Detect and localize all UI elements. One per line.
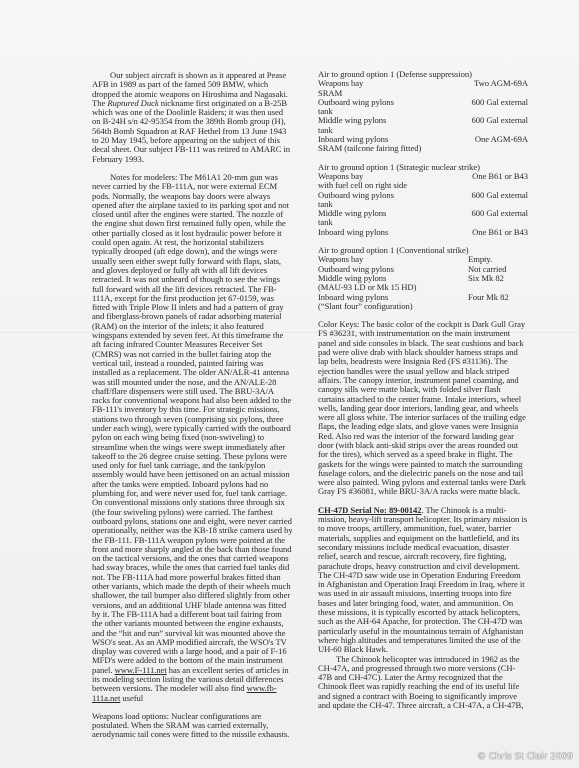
notes-text-end: useful [120, 693, 143, 703]
copyright-watermark: © Chris St Clair 2009 [477, 752, 573, 762]
loadout-row: Middle wing pylons600 Gal external [318, 116, 528, 125]
loadout-row: Outboard wing pylons600 Gal external [318, 191, 528, 200]
notes-for-modelers-paragraph: Notes for modelers: The M61A1 20-mm gun … [92, 173, 293, 703]
right-column: Air to ground option 1 (Defense suppress… [318, 70, 528, 719]
loadout-value: 600 Gal external [472, 116, 528, 125]
loadout-continuation: SRAM (tailcone fairing fitted) [318, 144, 528, 153]
loadout-value: Four Mk 82 [468, 293, 509, 302]
weapons-load-options-paragraph: Weapons load options: Nuclear configurat… [92, 712, 293, 740]
intro-paragraph: Our subject aircraft is shown as it appe… [92, 71, 293, 164]
chinook-history-paragraph: The Chinook helicopter was introduced in… [318, 655, 528, 711]
chinook-paragraph: CH-47D Serial No: 89-00142. The Chinook … [318, 506, 528, 655]
loadout-row: Middle wing pylons600 Gal external [318, 209, 528, 218]
scanned-document-page: Our subject aircraft is shown as it appe… [0, 0, 579, 768]
loadout-value: Six Mk 82 [468, 274, 504, 283]
loadout-value: 600 Gal external [472, 209, 528, 218]
loadout-strategic-nuclear-strike: Air to ground option 1 (Strategic nuclea… [318, 163, 528, 237]
loadout-row: Weapons bayTwo AGM-69A [318, 79, 528, 88]
intro-text-cont: nickname first originated on a B-25B whi… [92, 98, 290, 164]
loadout-value: 600 Gal external [472, 191, 528, 200]
notes-text: Notes for modelers: The M61A1 20-mm gun … [92, 172, 293, 675]
loadout-row: Outboard wing pylons600 Gal external [318, 98, 528, 107]
loadout-value: One B61 or B43 [472, 172, 528, 181]
color-keys-paragraph: Color Keys: The basic color of the cockp… [318, 320, 528, 497]
loadout-location: Inboard wing pylons [318, 228, 388, 237]
loadout-value: One B61 or B43 [472, 228, 528, 237]
left-column: Our subject aircraft is shown as it appe… [92, 71, 293, 749]
loadout-value: Two AGM-69A [474, 79, 528, 88]
loadout-continuation: (“Slant four” configuration) [318, 302, 528, 311]
loadout-row: Inboard wing pylonsOne B61 or B43 [318, 228, 528, 237]
loadout-defense-suppression: Air to ground option 1 (Defense suppress… [318, 70, 528, 154]
chinook-text: . The Chinook is a multi-mission, heavy-… [318, 505, 527, 654]
loadout-value: 600 Gal external [472, 98, 528, 107]
loadout-conventional-strike: Air to ground option 1 (Conventional str… [318, 246, 528, 311]
loadout-value: One AGM-69A [475, 135, 528, 144]
